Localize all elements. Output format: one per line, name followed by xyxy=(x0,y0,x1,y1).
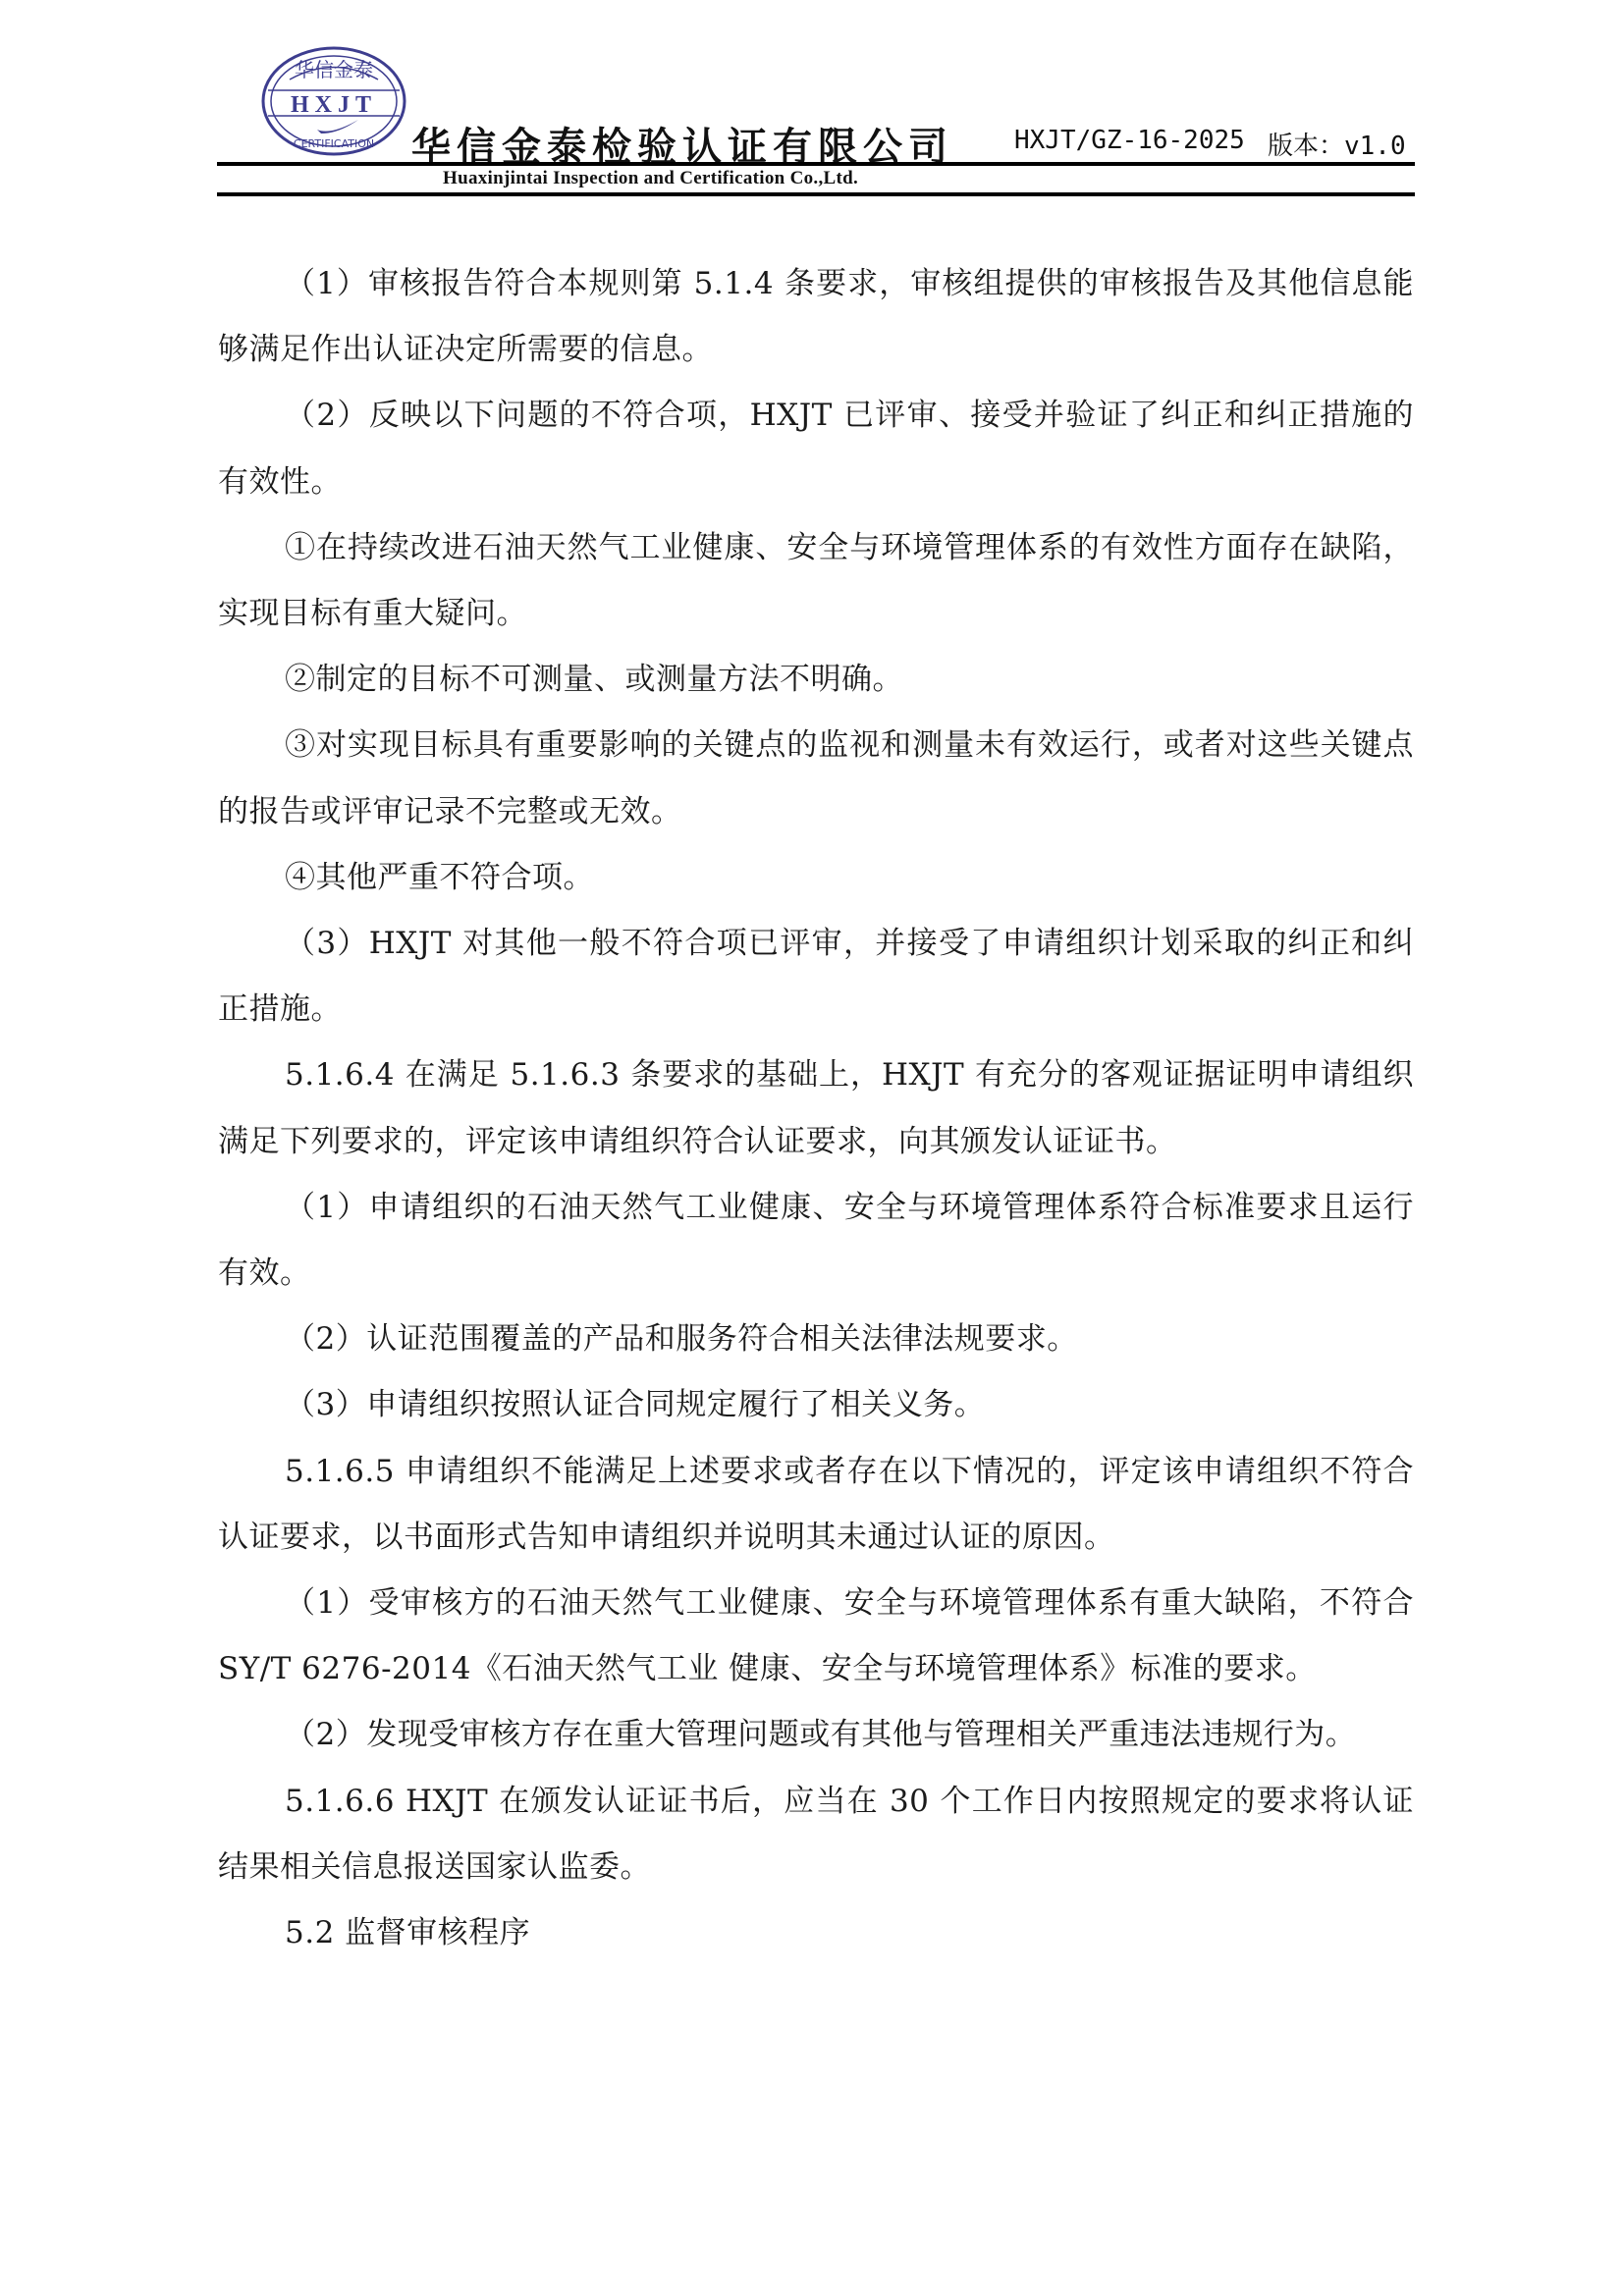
version-label: 版本：v1.0 xyxy=(1268,126,1406,162)
logo-top-text: 华信金泰 xyxy=(295,58,373,81)
section-heading: 5.2 监督审核程序 xyxy=(218,1900,1414,1966)
section-paragraph: 5.1.6.6 HXJT 在颁发认证证书后，应当在 30 个工作日内按照规定的要… xyxy=(218,1769,1414,1900)
logo-bottom-text: CERTIFICATION xyxy=(294,137,374,150)
paragraph: （1）受审核方的石油天然气工业健康、安全与环境管理体系有重大缺陷，不符合 SY/… xyxy=(218,1571,1414,1702)
section-paragraph: 5.1.6.5 申请组织不能满足上述要求或者存在以下情况的，评定该申请组织不符合… xyxy=(218,1439,1414,1571)
paragraph: （1）审核报告符合本规则第 5.1.4 条要求，审核组提供的审核报告及其他信息能… xyxy=(218,251,1414,383)
company-name-english: Huaxinjintai Inspection and Certificatio… xyxy=(443,168,858,189)
hxjt-certification-logo-icon: 华信金泰 HXJT CERTIFICATION xyxy=(260,45,407,158)
logo-middle-text: HXJT xyxy=(291,92,377,118)
paragraph: ④其他严重不符合项。 xyxy=(218,845,1414,911)
paragraph: ①在持续改进石油天然气工业健康、安全与环境管理体系的有效性方面存在缺陷，实现目标… xyxy=(218,515,1414,647)
paragraph: （2）认证范围覆盖的产品和服务符合相关法律法规要求。 xyxy=(218,1307,1414,1372)
paragraph: （2）反映以下问题的不符合项，HXJT 已评审、接受并验证了纠正和纠正措施的有效… xyxy=(218,383,1414,514)
paragraph: （3）申请组织按照认证合同规定履行了相关义务。 xyxy=(218,1372,1414,1438)
paragraph: ②制定的目标不可测量、或测量方法不明确。 xyxy=(218,647,1414,713)
document-body: （1）审核报告符合本规则第 5.1.4 条要求，审核组提供的审核报告及其他信息能… xyxy=(218,251,1414,1966)
paragraph: ③对实现目标具有重要影响的关键点的监视和测量未有效运行，或者对这些关键点的报告或… xyxy=(218,713,1414,844)
header-rule-top xyxy=(217,162,1415,166)
paragraph: （3）HXJT 对其他一般不符合项已评审，并接受了申请组织计划采取的纠正和纠正措… xyxy=(218,911,1414,1042)
document-header: 华信金泰 HXJT CERTIFICATION 华信金泰检验认证有限公司 HXJ… xyxy=(217,39,1415,201)
header-rule-bottom xyxy=(217,192,1415,196)
document-code: HXJT/GZ-16-2025 xyxy=(1014,126,1245,155)
section-paragraph: 5.1.6.4 在满足 5.1.6.3 条要求的基础上，HXJT 有充分的客观证… xyxy=(218,1042,1414,1174)
paragraph: （1）申请组织的石油天然气工业健康、安全与环境管理体系符合标准要求且运行有效。 xyxy=(218,1175,1414,1307)
paragraph: （2）发现受审核方存在重大管理问题或有其他与管理相关严重违法违规行为。 xyxy=(218,1702,1414,1768)
